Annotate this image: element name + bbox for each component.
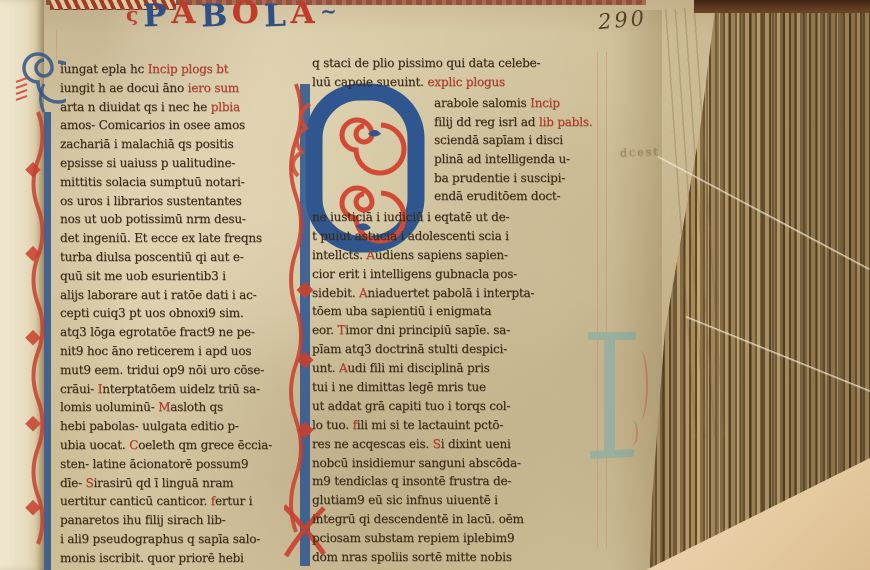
right-column-indented-lines: arabole salomis Incipfilij dd reg isrl a… [434, 94, 630, 206]
running-title: ςPABOLA~ [126, 0, 338, 29]
right-text-column: ne iusticiā i iudiciū i eqtatē ut de-t p… [312, 208, 628, 567]
right-column-header-lines: q staci de plio pissimo qui data celebe-… [312, 54, 628, 92]
left-border-ornament-icon [14, 26, 66, 570]
manuscript-photo: ςPABOLA~ 290 [0, 0, 870, 570]
left-text-column: iungat epla hc Incip plogs btiungit h ae… [60, 60, 302, 568]
top-binding-edge [694, 0, 870, 13]
